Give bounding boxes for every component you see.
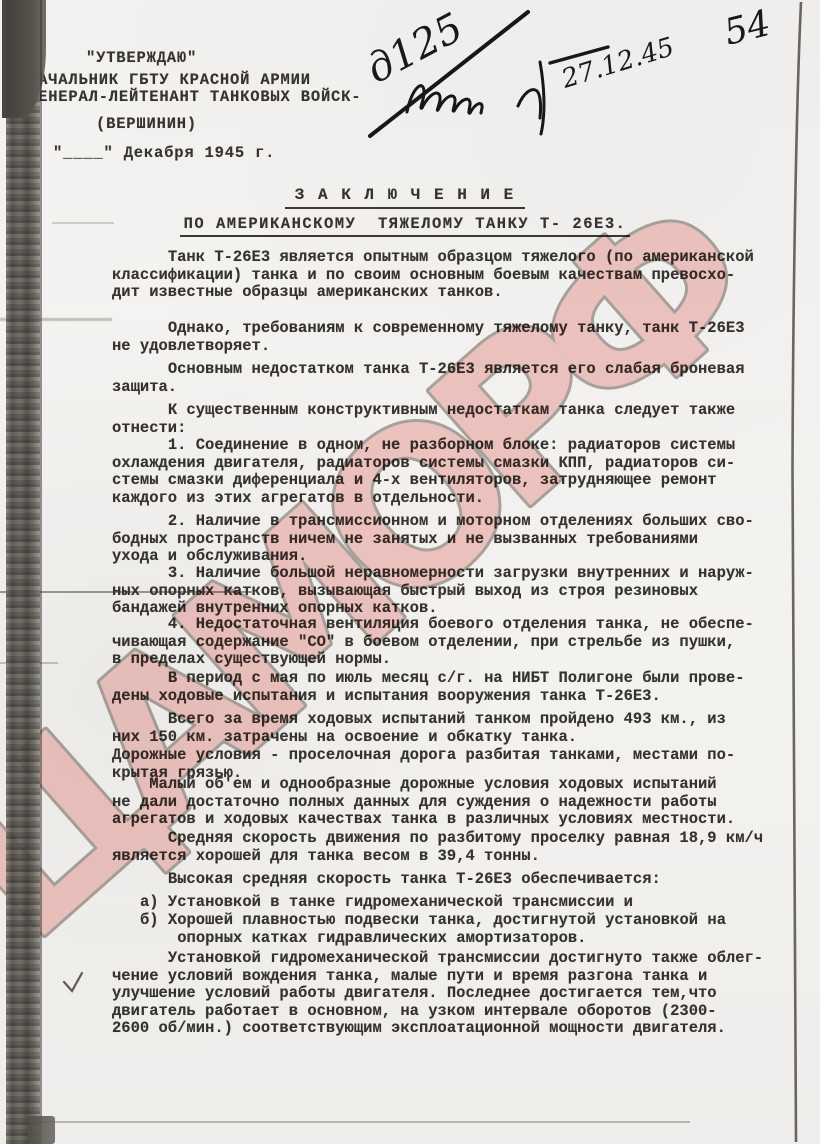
document-title: З А К Л Ю Ч Е Н И Е ПО АМЕРИКАНСКОМУ ТЯЖ… [105, 186, 705, 237]
org-line-1: НАЧАЛЬНИК ГБТУ КРАСНОЙ АРМИИ [28, 72, 388, 90]
list-item-4: 4. Недостаточная вентиляция боевого отде… [112, 616, 802, 669]
list-item-2: 2. Наличие в трансмиссионном и моторном … [112, 513, 802, 566]
list-item-3: 3. Наличие большой неравномерности загру… [112, 565, 802, 618]
paragraph-transmission-benefits: Установкой гидромеханической трансмиссии… [112, 950, 802, 1038]
binding-crease-line [40, 0, 42, 1144]
paragraph-average-speed: Средняя скорость движения по разбитому п… [112, 830, 802, 865]
signer-name: (ВЕРШИНИН) [96, 116, 388, 134]
approve-label: "УТВЕРЖДАЮ" [86, 50, 388, 68]
paragraph-speed-lead-in: Высокая средняя скорость танка Т-26Е3 об… [112, 871, 802, 889]
signature-dash-stroke [550, 47, 608, 63]
scanned-document-page: "УТВЕРЖДАЮ" НАЧАЛЬНИК ГБТУ КРАСНОЙ АРМИИ… [0, 0, 820, 1144]
paragraph-mileage: Всего за время ходовых испытаний танком … [112, 711, 802, 746]
paragraph-flaws-lead-in: К существенным конструктивным недостатка… [112, 402, 802, 437]
sub-item-b: б) Хорошей плавностью подвески танка, до… [140, 912, 800, 947]
approval-header: "УТВЕРЖДАЮ" НАЧАЛЬНИК ГБТУ КРАСНОЙ АРМИИ… [28, 50, 388, 163]
signature-descender [518, 62, 544, 134]
title-line-2: ПО АМЕРИКАНСКОМУ ТЯЖЕЛОМУ ТАНКУ Т- 26Е3. [180, 216, 631, 238]
signature-slash-stroke [370, 12, 528, 136]
date-blank-line: "____" Декабря 1945 г. [53, 145, 388, 163]
binding-strip-foot [28, 1116, 55, 1144]
paragraph-limited-data: Малый об'ем и однообразные дорожные усло… [112, 776, 802, 829]
paragraph-test-period: В период с мая по июль месяц с/г. на НИБ… [112, 670, 802, 705]
page-number-annotation: 54 [720, 3, 774, 54]
signature-squiggle [407, 86, 482, 113]
list-item-1: 1. Соединение в одном, не разборном блок… [112, 437, 802, 507]
paragraph-main-flaw: Основным недостатком танка Т-26Е3 являет… [112, 361, 802, 396]
sub-item-a: а) Установкой в танке гидромеханической … [140, 894, 800, 912]
title-line-1: З А К Л Ю Ч Е Н И Е [285, 187, 525, 209]
binding-strip [6, 0, 40, 1144]
paragraph-however: Однако, требованиям к современному тяжел… [112, 320, 802, 355]
margin-checkmark [64, 973, 82, 991]
org-line-2: ГЕНЕРАЛ-ЛЕЙТЕНАНТ ТАНКОВЫХ ВОЙСК- [28, 89, 388, 107]
scan-streak [28, 1121, 690, 1123]
date-annotation: 27.12.45 [557, 32, 677, 95]
paragraph-intro: Танк Т-26Е3 является опытным образцом тя… [112, 249, 802, 302]
